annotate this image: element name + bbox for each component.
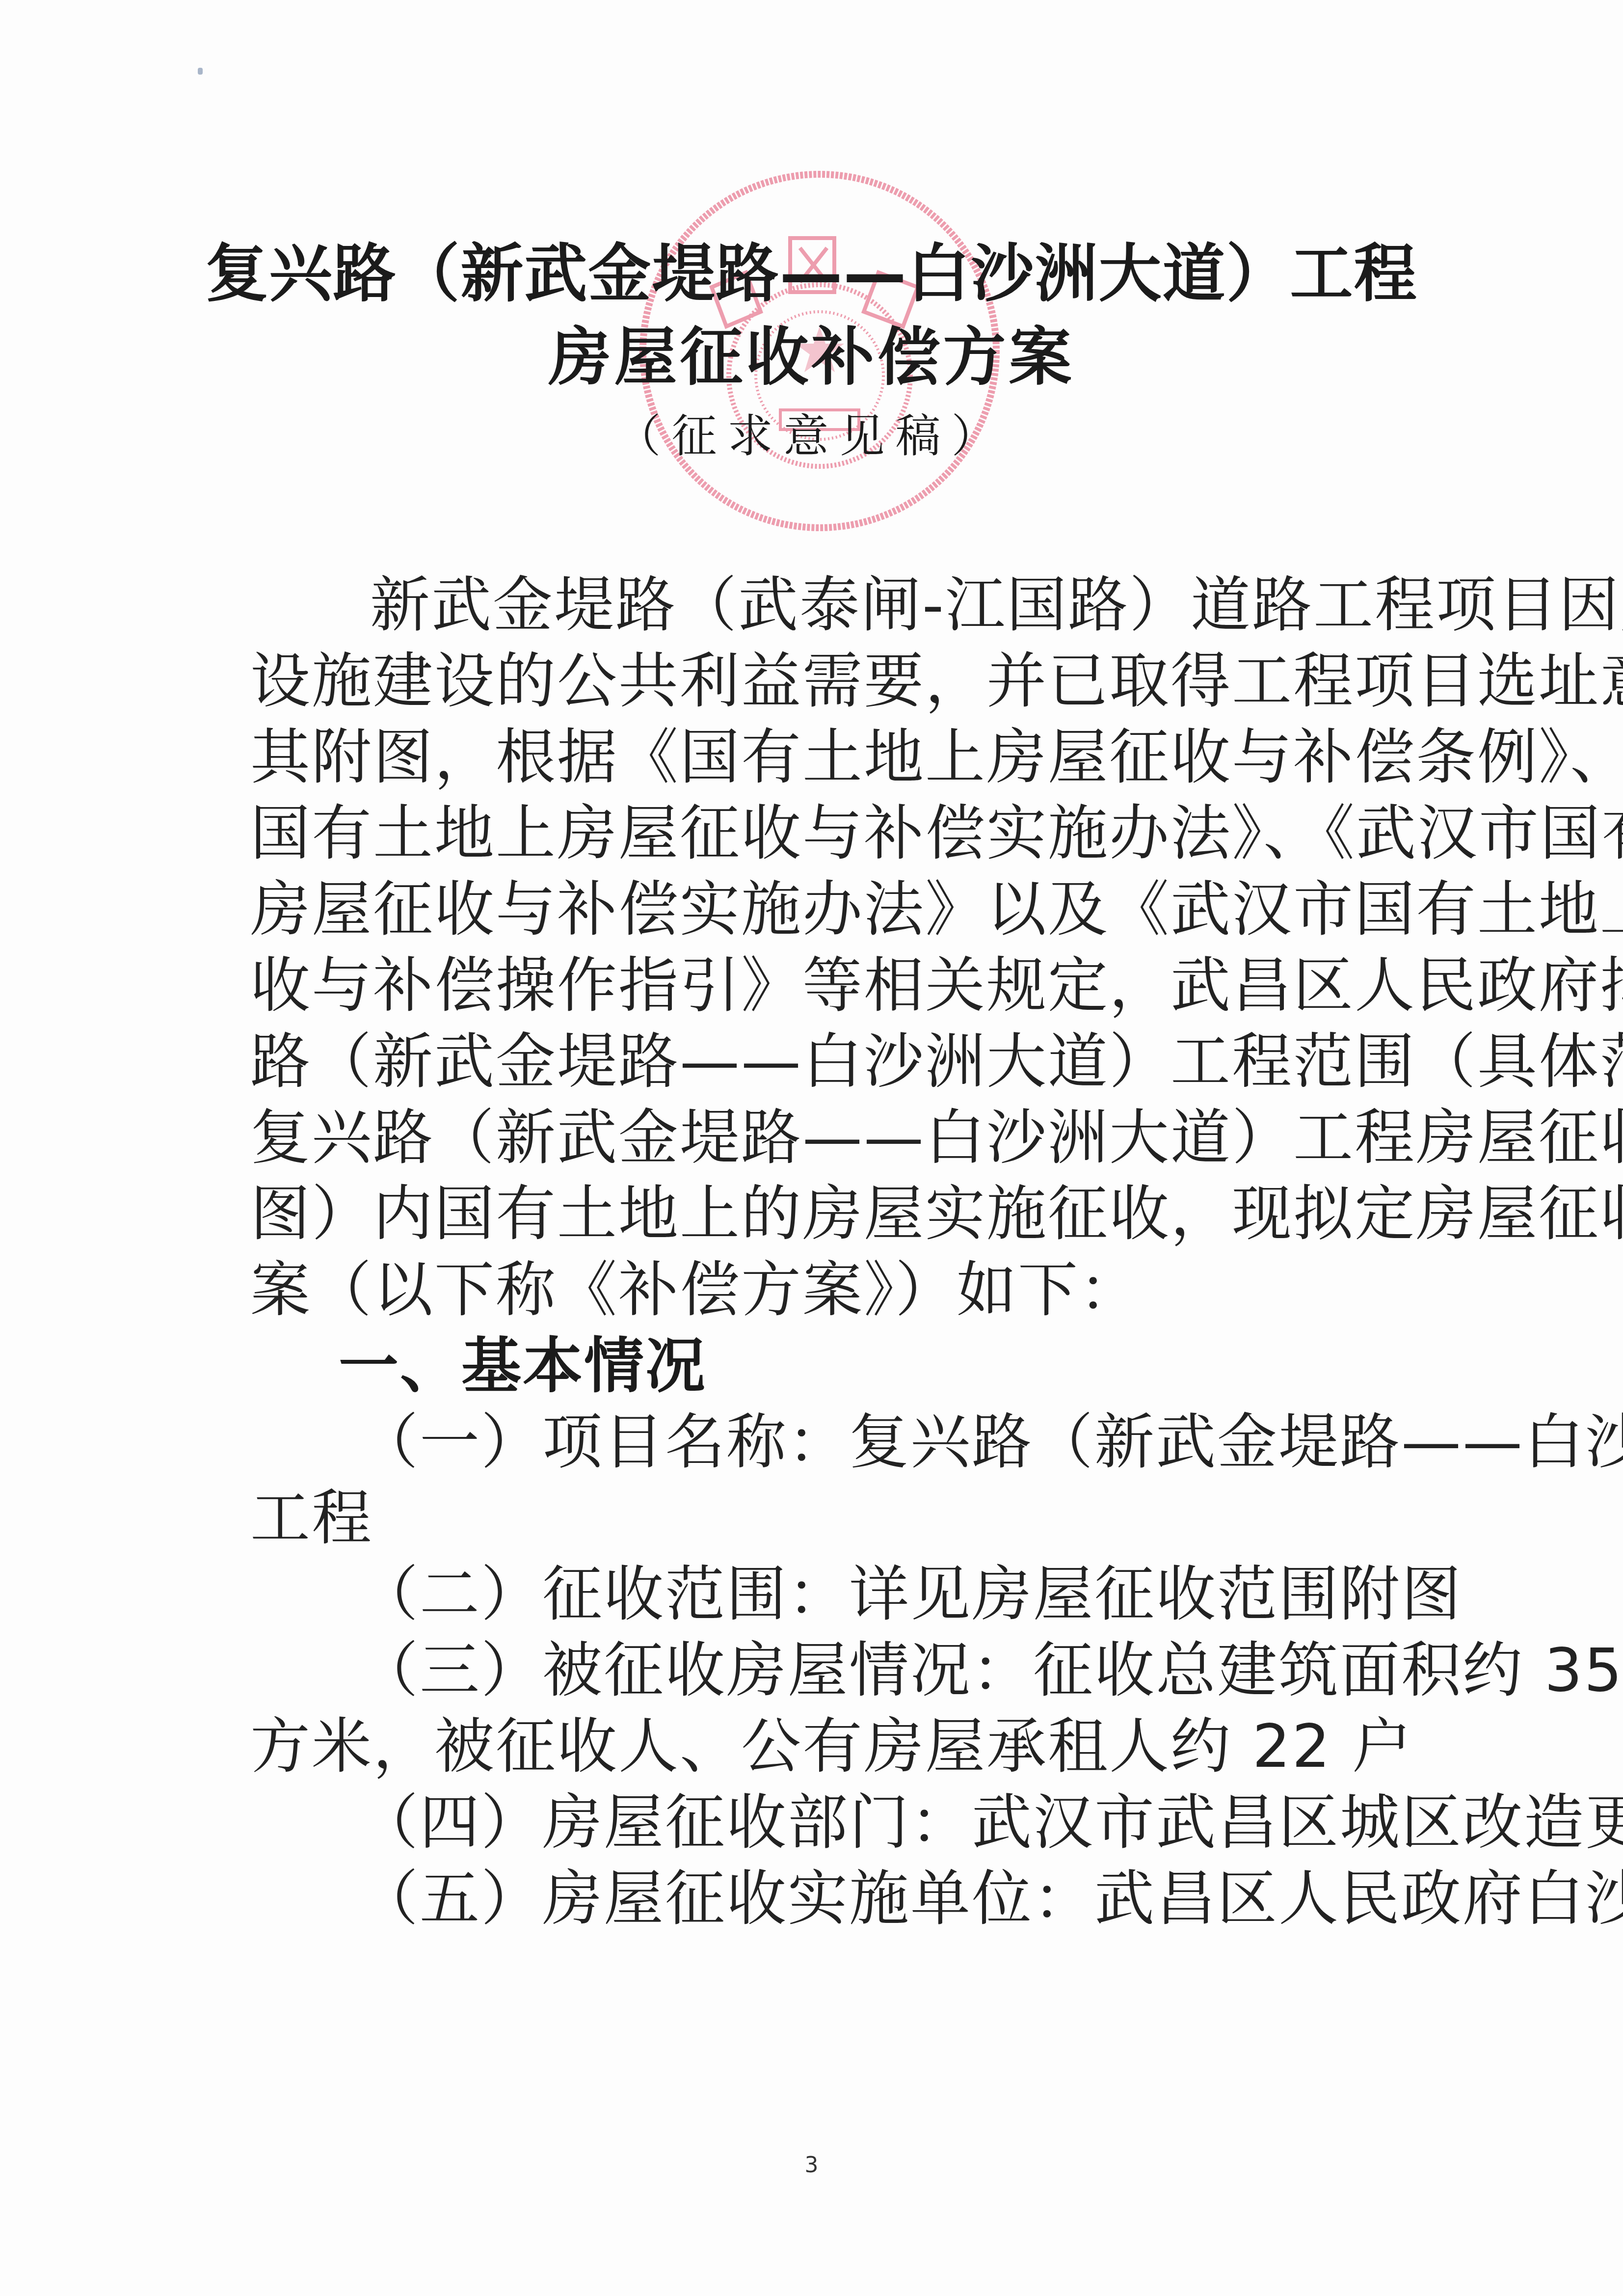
list-item-scope: （二）征收范围：详见房屋征收范围附图: [250, 1556, 1389, 1632]
intro-line: 收与补偿操作指引》等相关规定，武昌区人民政府拟对复兴: [250, 947, 1389, 1024]
document-subtitle: （征求意见稿）: [0, 400, 1623, 465]
list-item-implementer: （五）房屋征收实施单位：武昌区人民政府白沙洲街办: [250, 1861, 1389, 1937]
page-number: 3: [0, 2153, 1623, 2178]
list-item-department: （四）房屋征收部门：武汉市武昌区城区改造更新局: [250, 1784, 1389, 1861]
intro-line: 国有土地上房屋征收与补偿实施办法》、《武汉市国有土地上: [250, 795, 1389, 871]
item-line: （三）被征收房屋情况：征收总建筑面积约 3522.55 平: [250, 1632, 1389, 1708]
intro-line: 复兴路（新武金堤路——白沙洲大道）工程房屋征收范围附: [250, 1100, 1389, 1176]
intro-paragraph: 新武金堤路（武泰闸-江国路）道路工程项目因交通基础 设施建设的公共利益需要，并已…: [250, 567, 1389, 1328]
item-line: （二）征收范围：详见房屋征收范围附图: [250, 1556, 1389, 1632]
document-title-line-2: 房屋征收补偿方案: [0, 307, 1623, 397]
item-line: 工程: [250, 1480, 1389, 1556]
scan-speck: [198, 68, 203, 75]
intro-line: 路（新武金堤路——白沙洲大道）工程范围（具体范围详见: [250, 1024, 1389, 1100]
intro-line: 设施建设的公共利益需要，并已取得工程项目选址意见书及: [250, 643, 1389, 719]
document-title-line-1: 复兴路（新武金堤路——白沙洲大道）工程: [0, 223, 1623, 314]
document-page: 复兴路（新武金堤路——白沙洲大道）工程 房屋征收补偿方案 （征求意见稿） 新武金…: [0, 0, 1623, 2296]
item-line: （一）项目名称：复兴路（新武金堤路——白沙洲大道）: [250, 1404, 1389, 1480]
intro-line: 图）内国有土地上的房屋实施征收，现拟定房屋征收补偿方: [250, 1176, 1389, 1252]
item-line: 方米，被征收人、公有房屋承租人约 22 户: [250, 1708, 1389, 1784]
item-line: （四）房屋征收部门：武汉市武昌区城区改造更新局: [250, 1784, 1389, 1861]
item-line: （五）房屋征收实施单位：武昌区人民政府白沙洲街办: [250, 1861, 1389, 1937]
intro-line: 房屋征收与补偿实施办法》以及《武汉市国有土地上房屋征: [250, 871, 1389, 947]
section-heading: 一、基本情况: [250, 1328, 1389, 1404]
document-body: 新武金堤路（武泰闸-江国路）道路工程项目因交通基础 设施建设的公共利益需要，并已…: [250, 567, 1389, 1937]
intro-line: 案（以下称《补偿方案》）如下：: [250, 1252, 1389, 1328]
intro-line: 新武金堤路（武泰闸-江国路）道路工程项目因交通基础: [250, 567, 1389, 643]
list-item-project-name: （一）项目名称：复兴路（新武金堤路——白沙洲大道） 工程: [250, 1404, 1389, 1556]
list-item-houses: （三）被征收房屋情况：征收总建筑面积约 3522.55 平 方米，被征收人、公有…: [250, 1632, 1389, 1784]
intro-line: 其附图，根据《国有土地上房屋征收与补偿条例》、《湖北省: [250, 719, 1389, 795]
